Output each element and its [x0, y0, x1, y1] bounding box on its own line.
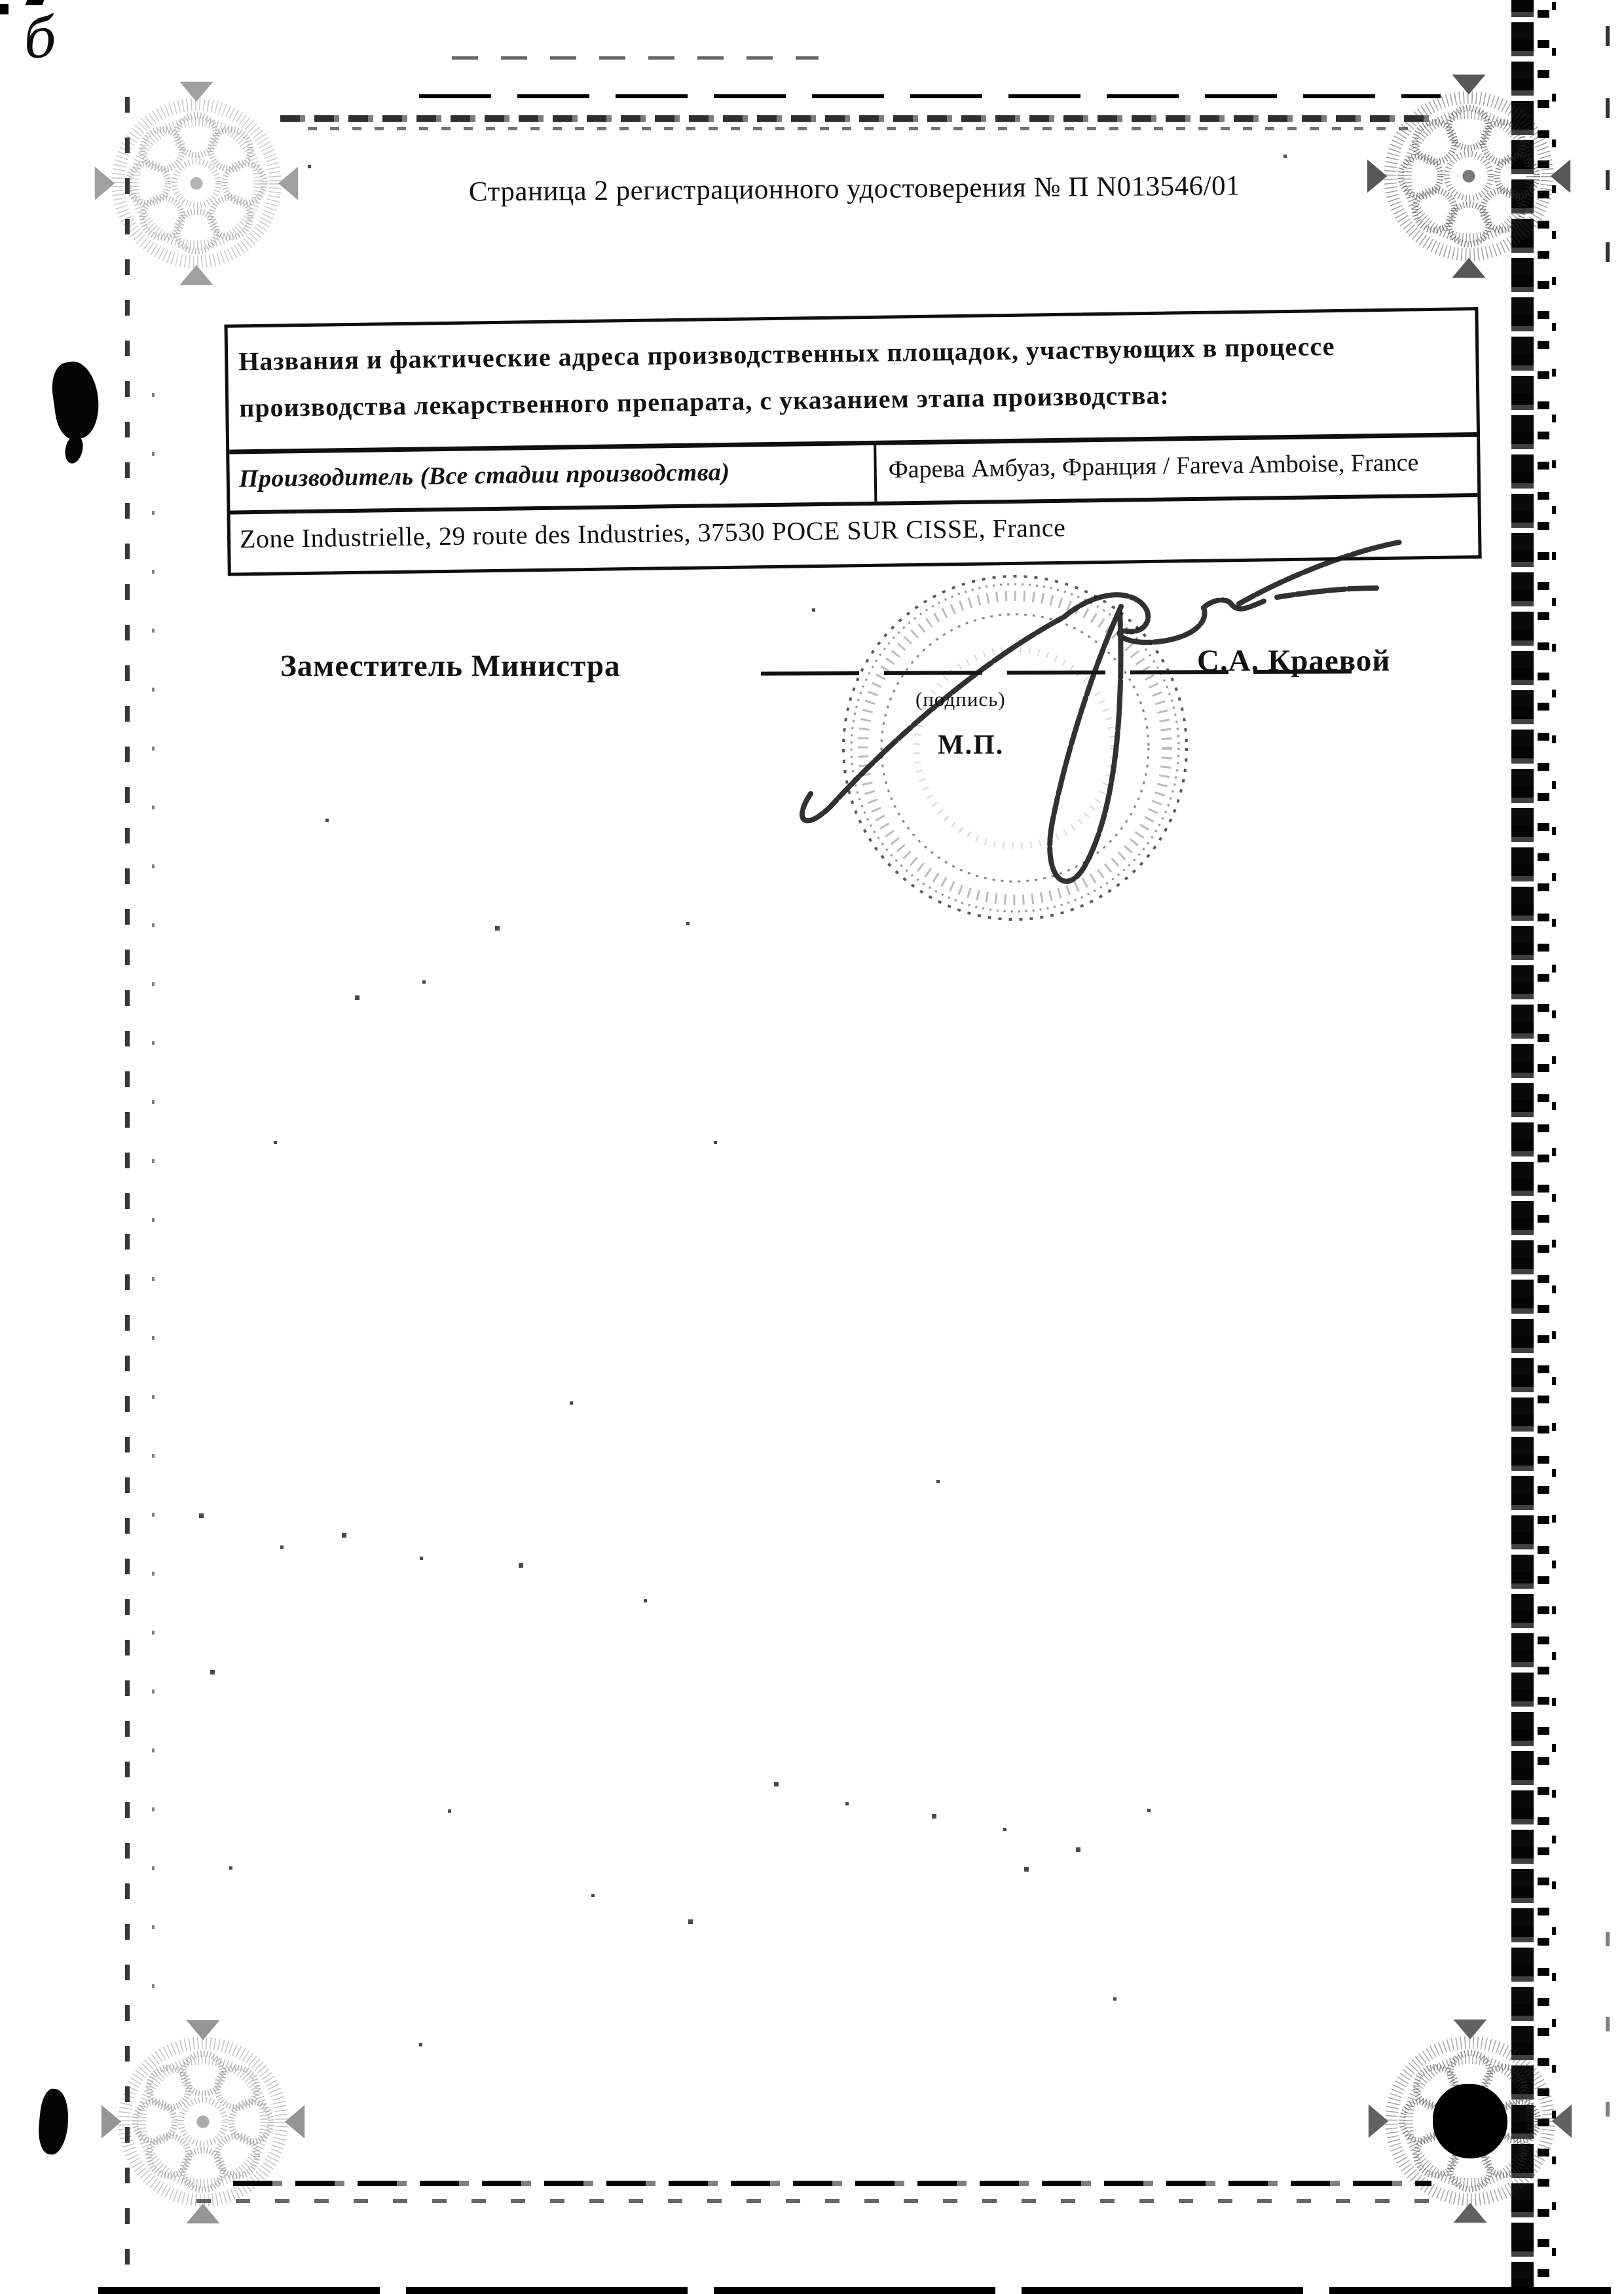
- scan-noise-speckles: [0, 0, 3, 3]
- page-title: Страница 2 регистрационного удостоверени…: [386, 169, 1323, 208]
- position-title: Заместитель Министра: [280, 648, 620, 684]
- scanned-certificate-page: б Страница 2 регистрационного удостовере…: [0, 0, 1624, 2294]
- manufacturer-label-cell: Производитель (Все стадии производства): [229, 445, 877, 511]
- border-bottom-line: [196, 2199, 1441, 2203]
- border-right-dashes: [1606, 1932, 1610, 2141]
- ink-blot-dot: [1433, 2084, 1507, 2158]
- border-top-line: [419, 94, 1441, 98]
- corner-ornament-top-left: [92, 79, 301, 288]
- signature-autograph: [753, 511, 1408, 930]
- border-right-scan-band: [1511, 0, 1557, 2294]
- scan-edge-mark: [0, 4, 9, 14]
- border-top-line: [308, 127, 1421, 130]
- ink-blot: [36, 2088, 71, 2156]
- handwritten-page-mark: б: [20, 7, 60, 72]
- border-right-dashes: [1606, 26, 1610, 301]
- border-top-line: [280, 115, 1435, 122]
- corner-ornament-bottom-left: [98, 2017, 308, 2227]
- corner-ornament-top-right: [1364, 71, 1574, 281]
- manufacturer-value-cell: Фарева Амбуаз, Франция / Fareva Amboise,…: [876, 437, 1477, 502]
- border-bottom-line: [233, 2181, 1431, 2186]
- border-left-dashed-line: [125, 97, 130, 2265]
- table-header-cell: Названия и фактические адреса производст…: [228, 310, 1477, 454]
- ink-blot: [48, 359, 103, 441]
- scan-edge-tick: [26, 0, 45, 5]
- border-left-dotted-line: [152, 393, 155, 2030]
- border-top-line: [452, 56, 819, 60]
- scan-bottom-edge-bar: [98, 2287, 1624, 2294]
